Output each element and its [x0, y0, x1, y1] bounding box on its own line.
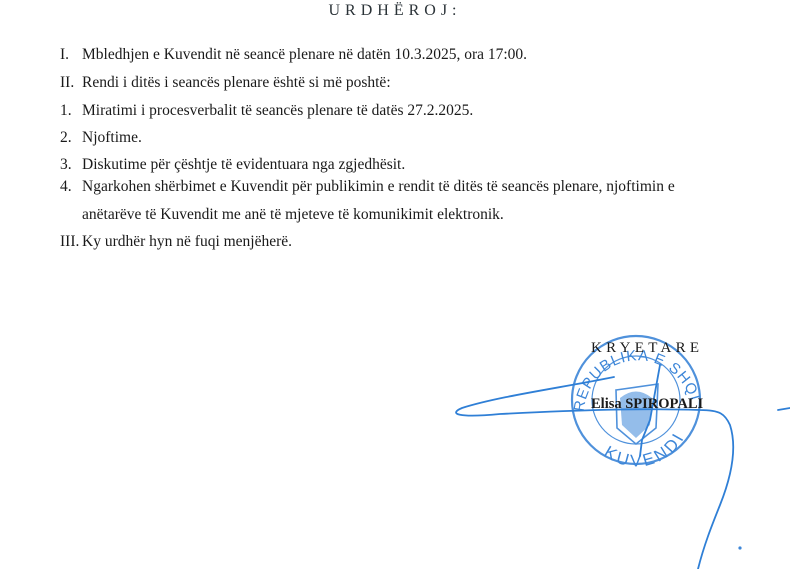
item-text: Miratimi i procesverbalit të seancës ple… [82, 102, 473, 119]
item-number: 3. [60, 156, 82, 174]
signatory-title: KRYETARE [591, 340, 703, 357]
item-number: 4. [60, 178, 82, 196]
document-heading: URDHËROJ: [0, 2, 790, 20]
list-item: 4.Ngarkohen shërbimet e Kuvendit për pub… [60, 178, 675, 196]
item-text: Mbledhjen e Kuvendit në seancë plenare n… [82, 46, 527, 63]
signatory-name: Elisa SPIROPALI [591, 396, 703, 413]
stamp-bottom-text: KUVENDI [601, 428, 689, 470]
item-text: Diskutime për çështje të evidentuara nga… [82, 156, 405, 173]
list-item: 3.Diskutime për çështje të evidentuara n… [60, 156, 405, 174]
list-item-continuation: anëtarëve të Kuvendit me anë të mjeteve … [82, 206, 504, 224]
item-number: 1. [60, 102, 82, 120]
item-text: Rendi i ditës i seancës plenare është si… [82, 74, 391, 91]
item-number: I. [60, 46, 82, 64]
list-item: 2.Njoftime. [60, 129, 142, 147]
item-text: Njoftime. [82, 129, 142, 146]
item-text: Ky urdhër hyn në fuqi menjëherë. [82, 233, 292, 250]
list-item: III.Ky urdhër hyn në fuqi menjëherë. [60, 233, 292, 251]
list-item: II.Rendi i ditës i seancës plenare është… [60, 74, 391, 92]
item-number: II. [60, 74, 82, 92]
svg-text:KUVENDI: KUVENDI [601, 428, 689, 470]
item-text: Ngarkohen shërbimet e Kuvendit për publi… [82, 178, 675, 195]
list-item: I.Mbledhjen e Kuvendit në seancë plenare… [60, 46, 527, 64]
list-item: 1.Miratimi i procesverbalit të seancës p… [60, 102, 473, 120]
item-number: III. [60, 233, 82, 251]
item-number: 2. [60, 129, 82, 147]
